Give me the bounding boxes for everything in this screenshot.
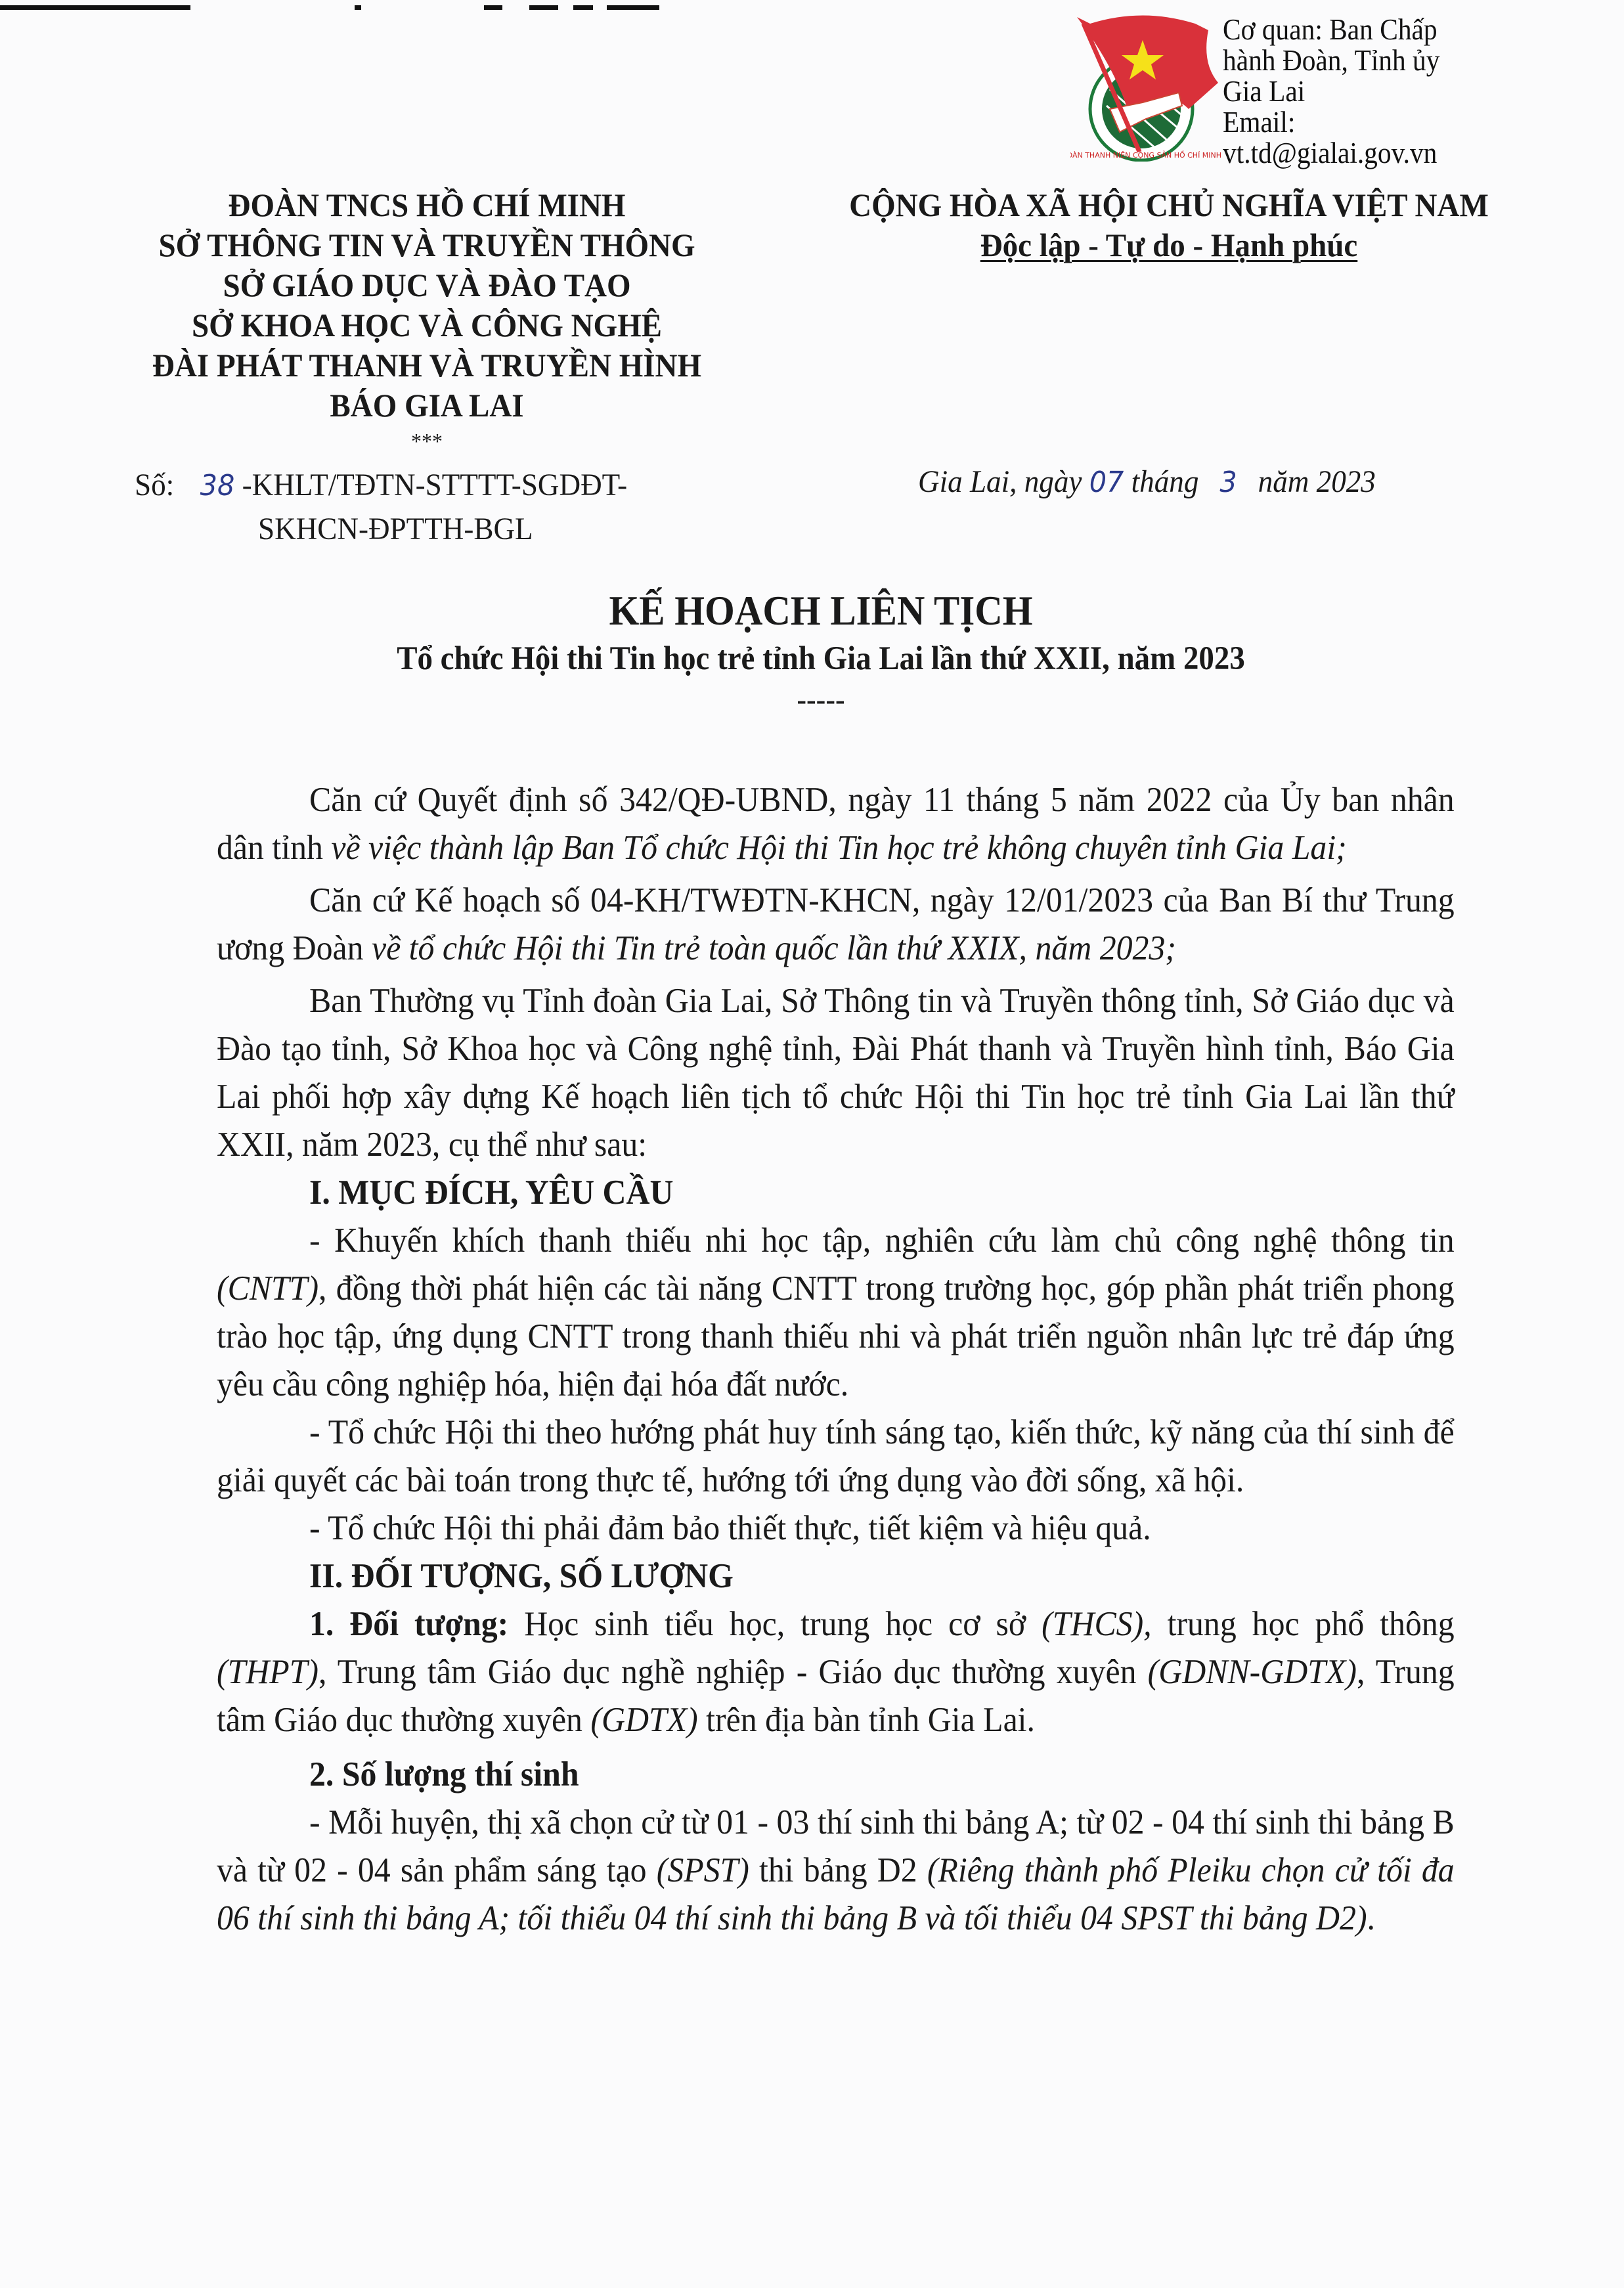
legal-basis-1: Căn cứ Quyết định số 342/QĐ-UBND, ngày 1…	[217, 776, 1455, 872]
number-code-cont: SKHCN-ĐPTTH-BGL	[135, 508, 627, 551]
document-title: KẾ HOẠCH LIÊN TỊCH	[247, 584, 1395, 637]
purpose-item-1: - Khuyến khích thanh thiếu nhi học tập, …	[217, 1217, 1455, 1409]
stamp-line: Email:	[1223, 107, 1439, 138]
purpose-item-3: - Tổ chức Hội thi phải đảm bảo thiết thự…	[217, 1505, 1455, 1552]
nation-name: CỘNG HÒA XÃ HỘI CHỦ NGHĨA VIỆT NAM	[811, 185, 1527, 225]
date-prefix: Gia Lai, ngày	[918, 464, 1082, 499]
document-subtitle: Tổ chức Hội thi Tin học trẻ tỉnh Gia Lai…	[247, 636, 1395, 682]
document-number: Số: 38 -KHLT/TĐTN-STTTT-SGDĐT- SKHCN-ĐPT…	[135, 464, 627, 551]
month-label: tháng	[1131, 464, 1199, 499]
handwritten-day: 07	[1089, 466, 1124, 499]
national-header: CỘNG HÒA XÃ HỘI CHỦ NGHĨA VIỆT NAM Độc l…	[811, 185, 1527, 265]
place-date: Gia Lai, ngày 07 tháng 3 năm 2023	[918, 464, 1376, 500]
org-name: SỞ KHOA HỌC VÀ CÔNG NGHỆ	[118, 305, 735, 345]
org-name: ĐOÀN TNCS HỒ CHÍ MINH	[118, 185, 735, 225]
svg-text:ĐOÀN THANH NIÊN CỘNG SẢN HỒ CH: ĐOÀN THANH NIÊN CỘNG SẢN HỒ CHÍ MINH	[1070, 150, 1221, 160]
org-name: ĐÀI PHÁT THANH VÀ TRUYỀN HÌNH	[118, 345, 735, 385]
intro-paragraph: Ban Thường vụ Tỉnh đoàn Gia Lai, Sở Thôn…	[217, 977, 1455, 1169]
section-heading-2: II. ĐỐI TƯỢNG, SỐ LƯỢNG	[217, 1552, 1455, 1600]
stamp-line: hành Đoàn, Tỉnh ủy	[1223, 45, 1439, 76]
national-motto: Độc lập - Tự do - Hạnh phúc	[980, 227, 1358, 263]
number-label: Số:	[135, 468, 174, 502]
legal-basis-2: Căn cứ Kế hoạch số 04-KH/TWĐTN-KHCN, ngà…	[217, 877, 1455, 973]
title-divider: -----	[197, 683, 1445, 716]
org-name: SỞ THÔNG TIN VÀ TRUYỀN THÔNG	[118, 225, 735, 265]
number-code: -KHLT/TĐTN-STTTT-SGDĐT-	[242, 468, 628, 502]
quantity-paragraph: - Mỗi huyện, thị xã chọn cử từ 01 - 03 t…	[217, 1799, 1455, 1943]
separator-stars: ***	[118, 431, 735, 453]
document-body: Căn cứ Quyết định số 342/QĐ-UBND, ngày 1…	[217, 776, 1455, 1943]
scan-artifact	[484, 5, 502, 10]
scan-artifact	[355, 5, 361, 10]
scan-artifact	[0, 5, 190, 10]
org-name: SỞ GIÁO DỤC VÀ ĐÀO TẠO	[118, 265, 735, 305]
scan-artifact	[607, 5, 659, 10]
stamp-line: Gia Lai	[1223, 76, 1439, 107]
year-label: năm 2023	[1258, 464, 1376, 499]
stamp-email: vt.td@gialai.gov.vn	[1223, 138, 1439, 169]
org-name: BÁO GIA LAI	[118, 385, 735, 426]
purpose-item-2: - Tổ chức Hội thi theo hướng phát huy tí…	[217, 1409, 1455, 1505]
subsection-heading: 2. Số lượng thí sinh	[217, 1751, 1455, 1799]
issuing-organizations: ĐOÀN TNCS HỒ CHÍ MINH SỞ THÔNG TIN VÀ TR…	[118, 185, 735, 453]
section-heading-1: I. MỤC ĐÍCH, YÊU CẦU	[217, 1169, 1455, 1217]
doan-thanh-nien-emblem-icon: ĐOÀN THANH NIÊN CỘNG SẢN HỒ CHÍ MINH	[1070, 11, 1228, 162]
handwritten-number: 38	[200, 469, 235, 502]
scan-artifact	[573, 5, 593, 10]
participants-paragraph: 1. Đối tượng: Học sinh tiểu học, trung h…	[217, 1600, 1455, 1744]
digital-signature-stamp: Cơ quan: Ban Chấp hành Đoàn, Tỉnh ủy Gia…	[1223, 14, 1439, 169]
handwritten-month: 3	[1219, 466, 1237, 499]
scan-artifact	[529, 5, 558, 10]
stamp-line: Cơ quan: Ban Chấp	[1223, 14, 1439, 45]
